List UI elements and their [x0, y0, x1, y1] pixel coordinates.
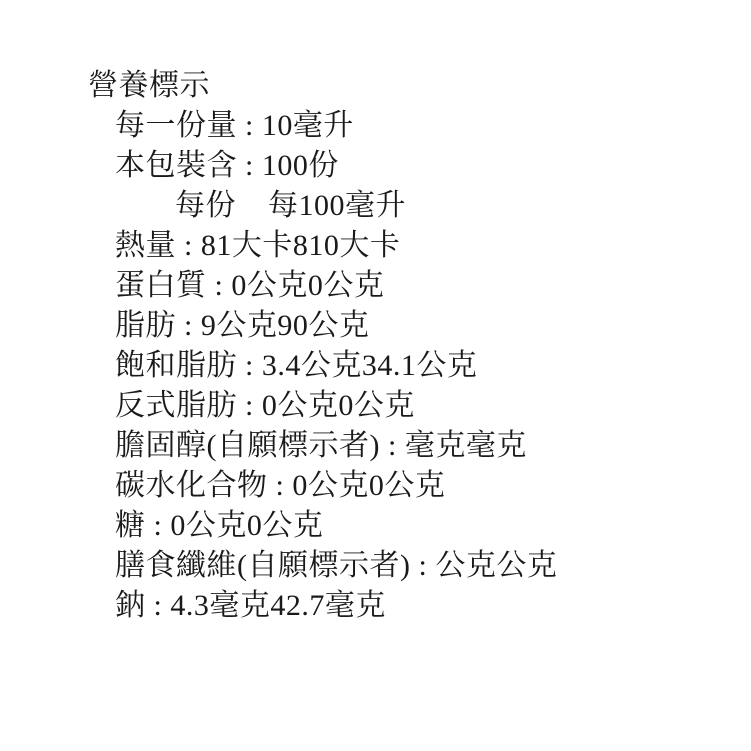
nutrient-row-calories: 熱量 : 81大卡810大卡: [0, 226, 751, 266]
nutrient-name: 碳水化合物: [115, 469, 268, 502]
nutrient-per-100ml: 42.7毫克: [270, 589, 386, 622]
nutrient-name: 膳食纖維(自願標示者): [115, 549, 410, 582]
nutrient-per-serving: 3.4公克: [262, 349, 362, 382]
nutrient-per-100ml: 0公克: [369, 469, 446, 502]
nutrient-name: 反式脂肪: [115, 389, 237, 422]
serving-size-row: 每一份量 : 10毫升: [0, 106, 751, 146]
nutrient-row-sodium: 鈉 : 4.3毫克42.7毫克: [0, 586, 751, 626]
separator: :: [146, 509, 171, 542]
servings-per-package-row: 本包裝含 : 100份: [0, 146, 751, 186]
nutrient-name: 飽和脂肪: [115, 349, 237, 382]
nutrient-name: 熱量: [115, 229, 176, 262]
page: { "page": { "background_color": "#ffffff…: [0, 0, 751, 751]
nutrition-label: 營養標示 每一份量 : 10毫升 本包裝含 : 100份 每份每100毫升 熱量…: [0, 0, 751, 626]
nutrient-row-sugar: 糖 : 0公克0公克: [0, 506, 751, 546]
nutrient-name: 脂肪: [115, 309, 176, 342]
nutrient-row-saturated-fat: 飽和脂肪 : 3.4公克34.1公克: [0, 346, 751, 386]
nutrient-per-100ml: 0公克: [247, 509, 324, 542]
separator: :: [380, 429, 405, 462]
column-header-row: 每份每100毫升: [0, 186, 751, 226]
column-header-per-100ml: 每100毫升: [268, 189, 406, 222]
nutrient-per-serving: 毫克: [405, 429, 466, 462]
nutrient-per-serving: 0公克: [231, 269, 308, 302]
separator: :: [146, 589, 171, 622]
separator: :: [207, 269, 232, 302]
nutrient-row-carbohydrate: 碳水化合物 : 0公克0公克: [0, 466, 751, 506]
nutrient-per-serving: 9公克: [201, 309, 278, 342]
separator: :: [237, 109, 262, 142]
separator: :: [410, 549, 435, 582]
nutrient-name: 糖: [115, 509, 146, 542]
separator: :: [268, 469, 293, 502]
separator: :: [237, 149, 262, 182]
nutrient-per-100ml: 90公克: [277, 309, 369, 342]
nutrient-name: 膽固醇(自願標示者): [115, 429, 380, 462]
separator: :: [237, 389, 262, 422]
nutrient-per-100ml: 34.1公克: [362, 349, 478, 382]
nutrient-name: 鈉: [115, 589, 146, 622]
nutrient-per-serving: 0公克: [262, 389, 339, 422]
nutrient-name: 蛋白質: [115, 269, 207, 302]
serving-size-value: 10毫升: [262, 109, 354, 142]
nutrition-label-title: 營養標示: [0, 66, 751, 106]
servings-per-package-label: 本包裝含: [115, 149, 237, 182]
nutrient-row-trans-fat: 反式脂肪 : 0公克0公克: [0, 386, 751, 426]
nutrient-per-100ml: 0公克: [308, 269, 385, 302]
nutrient-per-100ml: 公克: [496, 549, 557, 582]
nutrient-per-100ml: 毫克: [466, 429, 527, 462]
nutrient-row-protein: 蛋白質 : 0公克0公克: [0, 266, 751, 306]
nutrient-per-serving: 公克: [435, 549, 496, 582]
nutrient-per-serving: 0公克: [170, 509, 247, 542]
serving-size-label: 每一份量: [115, 109, 237, 142]
servings-per-package-value: 100份: [262, 149, 339, 182]
nutrient-per-serving: 81大卡: [201, 229, 293, 262]
nutrient-per-serving: 4.3毫克: [170, 589, 270, 622]
column-header-per-serving: 每份: [175, 189, 236, 222]
nutrient-row-fat: 脂肪 : 9公克90公克: [0, 306, 751, 346]
nutrient-per-100ml: 810大卡: [293, 229, 401, 262]
separator: :: [176, 309, 201, 342]
separator: :: [176, 229, 201, 262]
nutrient-per-100ml: 0公克: [338, 389, 415, 422]
separator: :: [237, 349, 262, 382]
nutrient-per-serving: 0公克: [292, 469, 369, 502]
nutrient-row-cholesterol: 膽固醇(自願標示者) : 毫克毫克: [0, 426, 751, 466]
nutrient-row-dietary-fiber: 膳食纖維(自願標示者) : 公克公克: [0, 546, 751, 586]
